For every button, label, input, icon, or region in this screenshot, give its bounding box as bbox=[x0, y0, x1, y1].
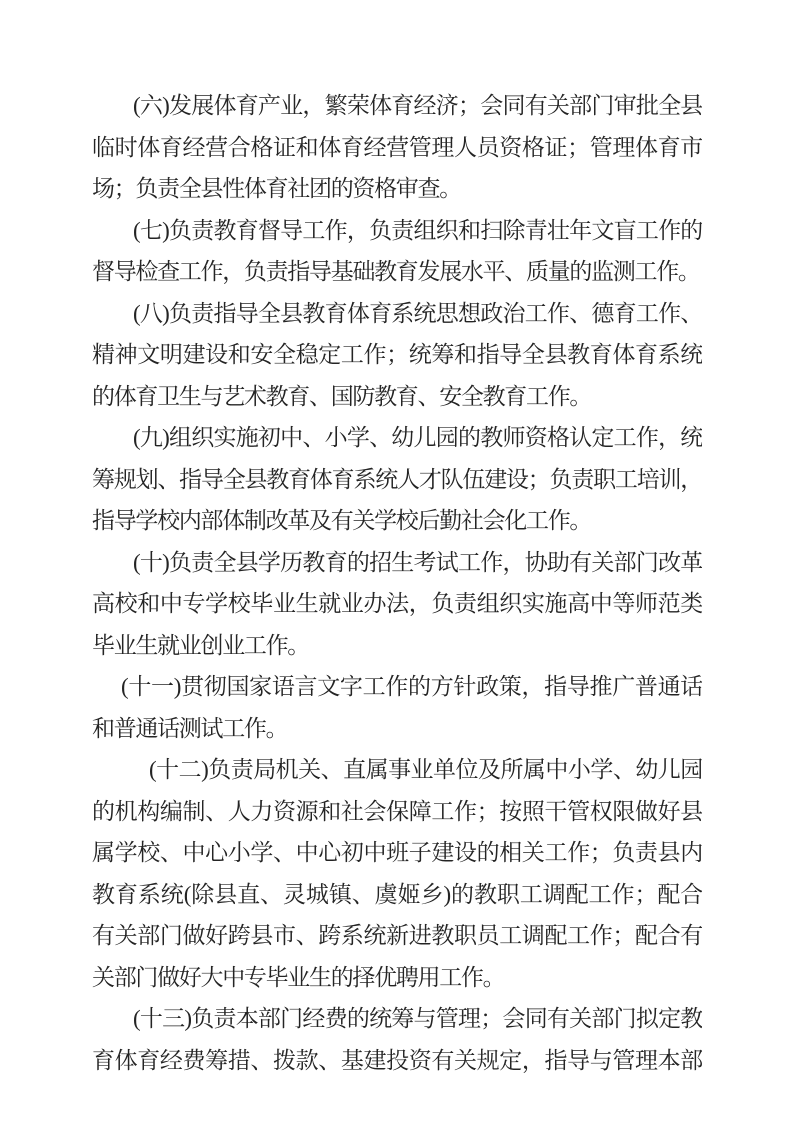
paragraph-item-13: (十三)负责本部门经费的统筹与管理；会同有关部门拟定教育体育经费筹措、拨款、基建… bbox=[92, 998, 702, 1081]
text-line: (八)负责指导全县教育体育系统思想政治工作、德育工作、 bbox=[92, 293, 702, 335]
text-line: 的体育卫生与艺术教育、国防教育、安全教育工作。 bbox=[92, 376, 702, 418]
text-line: 属学校、中心小学、中心初中班子建设的相关工作；负责县内 bbox=[92, 832, 702, 874]
text-line: 场；负责全县性体育社团的资格审查。 bbox=[92, 168, 702, 210]
paragraph-item-8: (八)负责指导全县教育体育系统思想政治工作、德育工作、精神文明建设和安全稳定工作… bbox=[92, 293, 702, 418]
text-line: 关部门做好大中专毕业生的择优聘用工作。 bbox=[92, 957, 702, 999]
text-line: 教育系统(除县直、灵城镇、虞姬乡)的教职工调配工作；配合 bbox=[92, 874, 702, 916]
text-line: (十)负责全县学历教育的招生考试工作，协助有关部门改革 bbox=[92, 542, 702, 584]
text-line: 指导学校内部体制改革及有关学校后勤社会化工作。 bbox=[92, 500, 702, 542]
paragraph-item-11: (十一)贯彻国家语言文字工作的方针政策，指导推广普通话和普通话测试工作。 bbox=[92, 666, 702, 749]
text-line: 临时体育经营合格证和体育经营管理人员资格证；管理体育市 bbox=[92, 127, 702, 169]
text-line: 筹规划、指导全县教育体育系统人才队伍建设；负责职工培训， bbox=[92, 459, 702, 501]
paragraph-item-6: (六)发展体育产业，繁荣体育经济；会同有关部门审批全县临时体育经营合格证和体育经… bbox=[92, 85, 702, 210]
text-line: 高校和中专学校毕业生就业办法，负责组织实施高中等师范类 bbox=[92, 583, 702, 625]
text-line: (七)负责教育督导工作，负责组织和扫除青壮年文盲工作的 bbox=[92, 210, 702, 252]
document-body: (六)发展体育产业，繁荣体育经济；会同有关部门审批全县临时体育经营合格证和体育经… bbox=[92, 85, 702, 1081]
paragraph-item-9: (九)组织实施初中、小学、幼儿园的教师资格认定工作，统筹规划、指导全县教育体育系… bbox=[92, 417, 702, 542]
paragraph-item-7: (七)负责教育督导工作，负责组织和扫除青壮年文盲工作的督导检查工作，负责指导基础… bbox=[92, 210, 702, 293]
text-line: (十二)负责局机关、直属事业单位及所属中小学、幼儿园 bbox=[92, 749, 702, 791]
text-line: 毕业生就业创业工作。 bbox=[92, 625, 702, 667]
text-line: 精神文明建设和安全稳定工作；统筹和指导全县教育体育系统 bbox=[92, 334, 702, 376]
text-line: (九)组织实施初中、小学、幼儿园的教师资格认定工作，统 bbox=[92, 417, 702, 459]
text-line: 有关部门做好跨县市、跨系统新进教职员工调配工作；配合有 bbox=[92, 915, 702, 957]
text-line: 的机构编制、人力资源和社会保障工作；按照干管权限做好县 bbox=[92, 791, 702, 833]
text-line: 和普通话测试工作。 bbox=[92, 708, 702, 750]
text-line: (十三)负责本部门经费的统筹与管理；会同有关部门拟定教 bbox=[92, 998, 702, 1040]
document-page: (六)发展体育产业，繁荣体育经济；会同有关部门审批全县临时体育经营合格证和体育经… bbox=[0, 0, 793, 1122]
text-line: 督导检查工作，负责指导基础教育发展水平、质量的监测工作。 bbox=[92, 251, 702, 293]
text-line: (十一)贯彻国家语言文字工作的方针政策，指导推广普通话 bbox=[92, 666, 702, 708]
paragraph-item-12: (十二)负责局机关、直属事业单位及所属中小学、幼儿园的机构编制、人力资源和社会保… bbox=[92, 749, 702, 998]
paragraph-item-10: (十)负责全县学历教育的招生考试工作，协助有关部门改革高校和中专学校毕业生就业办… bbox=[92, 542, 702, 667]
text-line: (六)发展体育产业，繁荣体育经济；会同有关部门审批全县 bbox=[92, 85, 702, 127]
text-line: 育体育经费筹措、拨款、基建投资有关规定，指导与管理本部 bbox=[92, 1040, 702, 1082]
